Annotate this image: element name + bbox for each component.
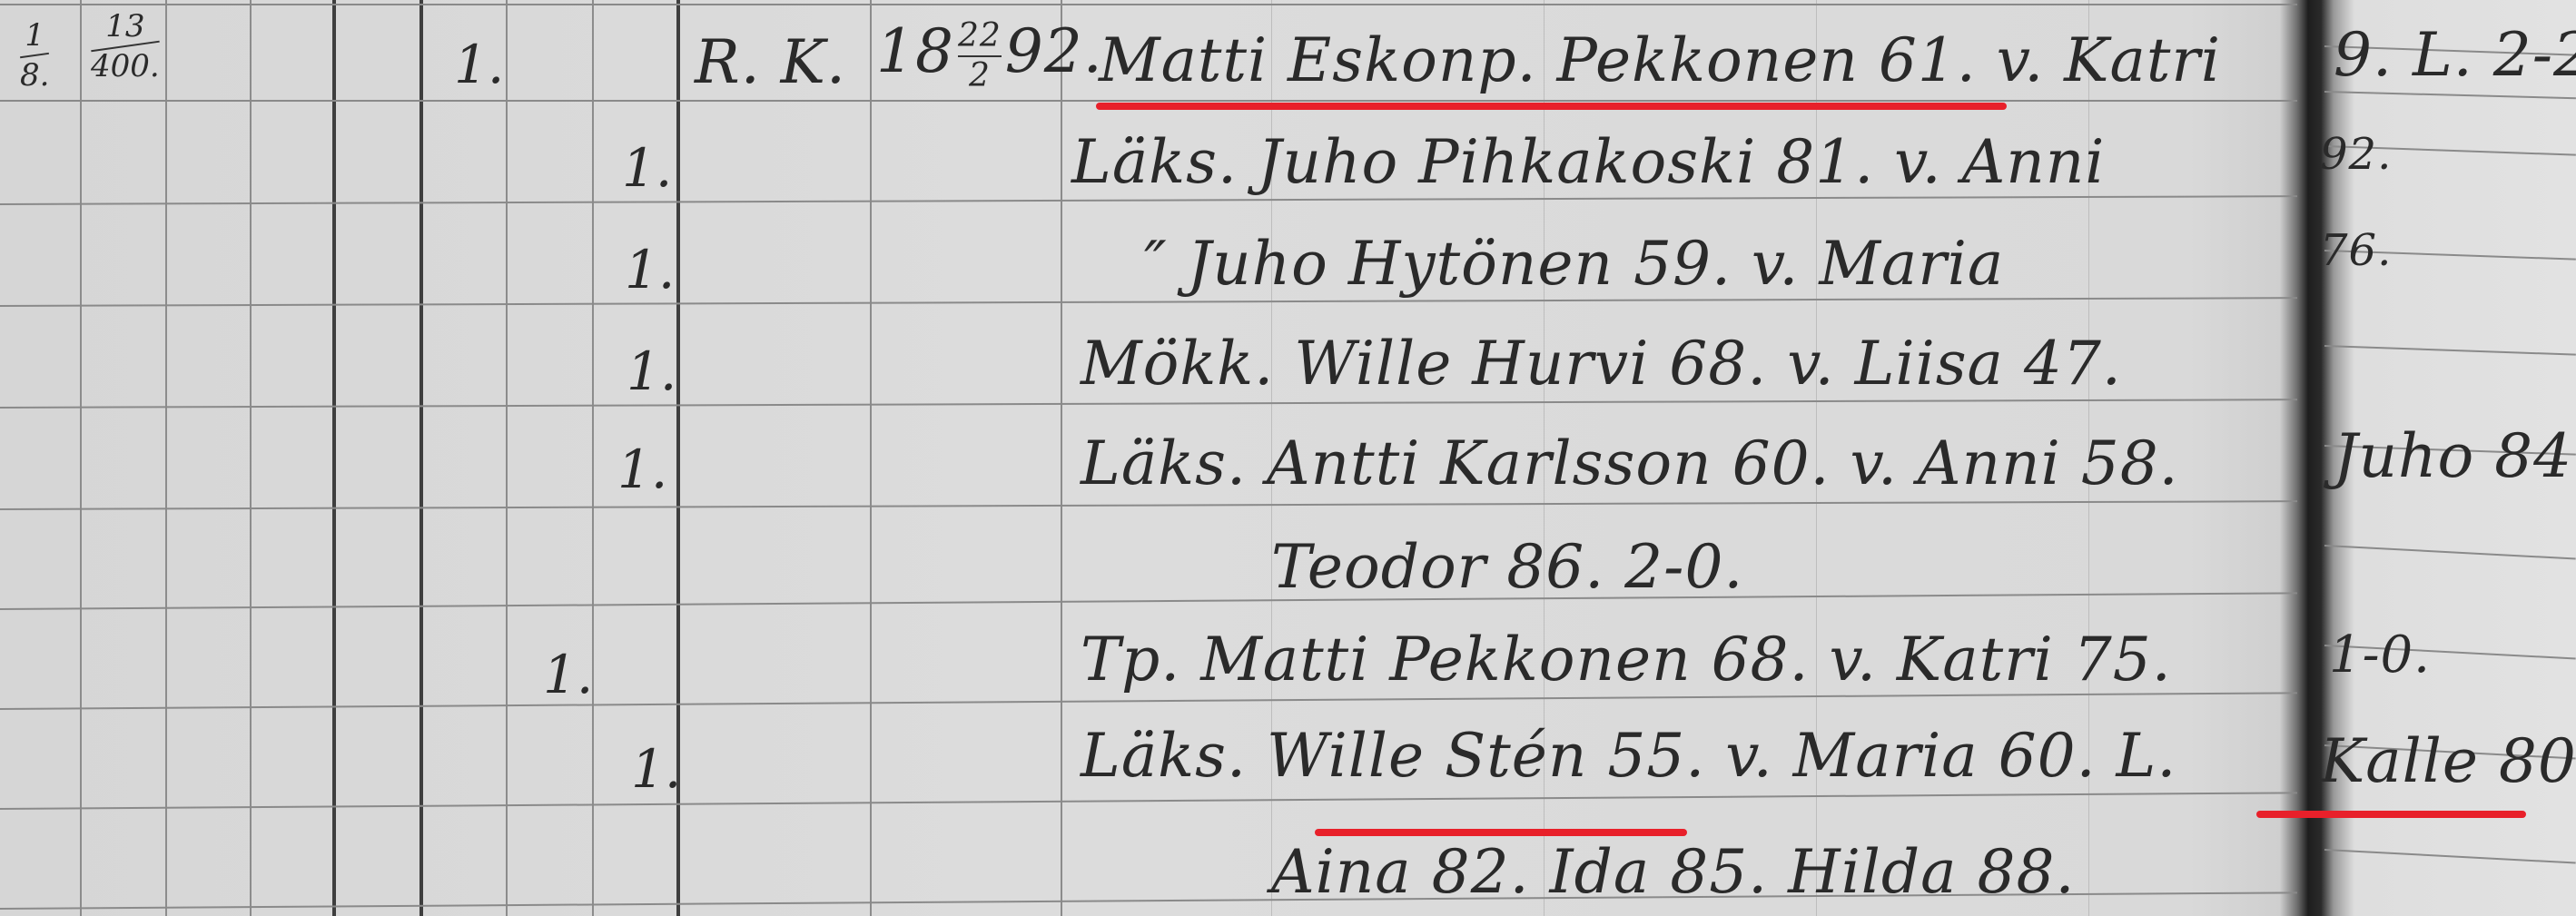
- tally-mark: 1.: [631, 743, 681, 795]
- fraction-col2: 13 400.: [91, 11, 160, 82]
- right-page-rule: [2324, 849, 2576, 863]
- tally-mark: 1.: [622, 142, 672, 194]
- register-entry: Läks. Juho Pihkakoski 81. v. Anni: [1071, 133, 2105, 192]
- entry-date: 1822292.: [876, 20, 1103, 93]
- column-rule: [165, 0, 167, 916]
- column-rule: [250, 0, 252, 916]
- right-page-entry: Juho 84.: [2334, 427, 2576, 487]
- red-underline-kalle: [2256, 811, 2526, 818]
- tally-mark: 1.: [543, 648, 593, 701]
- register-entry-continuation: Teodor 86. 2-0.: [1271, 537, 1743, 597]
- right-page-entry: 9. L. 2-2.: [2334, 25, 2576, 85]
- register-entry: Mökk. Wille Hurvi 68. v. Liisa 47.: [1081, 334, 2122, 394]
- row-rule: [0, 792, 2297, 810]
- fraction-denominator: 8.: [20, 60, 49, 91]
- right-page-entry: 92.: [2320, 133, 2392, 176]
- column-rule: [1061, 0, 1062, 916]
- right-page-entry: 1-0.: [2329, 630, 2431, 681]
- fraction-col1: 1 8.: [20, 20, 49, 91]
- red-underline-matti-pekkonen: [1096, 103, 2007, 110]
- fraction-numerator: 1: [25, 20, 44, 51]
- red-underline-wille-sten: [1315, 829, 1687, 836]
- right-page-entry: Kalle 80.: [2320, 732, 2576, 792]
- fraction-numerator: 13: [105, 11, 144, 42]
- column-rule: [80, 0, 82, 916]
- row-rule: [0, 500, 2297, 510]
- tally-mark: 1.: [627, 345, 676, 398]
- register-entry: Läks. Antti Karlsson 60. v. Anni 58.: [1081, 434, 2179, 494]
- column-rule-thick: [419, 0, 423, 916]
- column-rule: [506, 0, 508, 916]
- row-rule: [0, 4, 2297, 5]
- register-entry: ″ Juho Hytönen 59. v. Maria: [1144, 234, 2004, 294]
- fraction-denominator: 400.: [91, 51, 160, 82]
- date-year-suffix: 92.: [1005, 16, 1103, 86]
- right-page-rule: [2324, 345, 2576, 356]
- row-rule: [0, 592, 2297, 610]
- column-rule: [592, 0, 594, 916]
- row-rule: [0, 399, 2297, 409]
- date-day-month: 222: [958, 20, 1002, 93]
- register-entry: Läks. Wille Stén 55. v. Maria 60. L.: [1081, 726, 2176, 786]
- register-entry: Tp. Matti Pekkonen 68. v. Katri 75.: [1081, 630, 2172, 690]
- tally-mark: 1.: [454, 38, 504, 91]
- tally-mark: 1.: [625, 243, 675, 296]
- date-month: 2: [969, 60, 991, 93]
- date-day: 22: [958, 20, 1002, 53]
- tally-mark: 1.: [617, 443, 667, 496]
- row-rule: [0, 692, 2297, 710]
- date-year-prefix: 18: [876, 16, 954, 86]
- register-page: 1 8. 13 400. 1. R. K. 1822292. Matti Esk…: [0, 0, 2576, 916]
- column-rule: [870, 0, 872, 916]
- row-rule: [0, 100, 2297, 102]
- right-page-entry: 76.: [2320, 229, 2392, 272]
- register-entry-continuation: Aina 82. Ida 85. Hilda 88.: [1271, 842, 2075, 902]
- place-abbrev: R. K.: [695, 33, 846, 93]
- register-entry: Matti Eskonp. Pekkonen 61. v. Katri: [1099, 31, 2221, 91]
- right-page-rule: [2324, 545, 2576, 559]
- column-rule-thick: [332, 0, 336, 916]
- right-page-rule: [2324, 91, 2576, 99]
